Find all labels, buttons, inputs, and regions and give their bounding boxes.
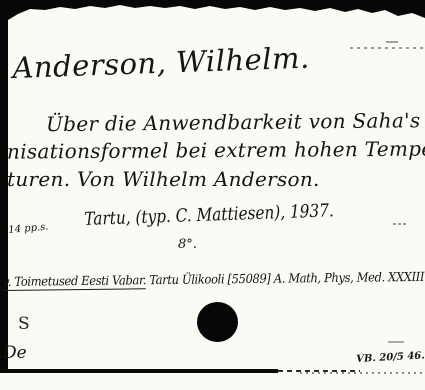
date-annotation: VB. 20/5 46.	[356, 351, 425, 365]
title-line-1: Über die Anwendbarkeit von Saha's Io-	[46, 110, 425, 134]
scan-artifact-dash	[386, 41, 398, 43]
corner-scribble: De	[3, 345, 27, 362]
scan-artifact-dotted-line	[350, 47, 425, 49]
scanned-catalog-card: Anderson, Wilhelm. Über die Anwendbarkei…	[0, 0, 425, 390]
series-reference-underlined: v. Toimetused Eesti Vabar.	[3, 272, 146, 291]
title-line-3: turen. Von Wilhelm Anderson.	[7, 169, 320, 189]
scan-artifact-dash	[388, 341, 404, 343]
series-reference-line: v. Toimetused Eesti Vabar. Tartu Ülikool…	[3, 271, 425, 289]
author-heading: Anderson, Wilhelm.	[12, 44, 310, 83]
scan-artifact-dash	[393, 223, 407, 225]
card-bottom-edge-dots	[300, 372, 425, 374]
series-reference-rest: Tartu Ülikooli [55089] A. Math, Phys, Me…	[146, 269, 425, 288]
format-note: 8°.	[178, 238, 197, 251]
title-line-2: nisationsformel bei extrem hohen Tempera…	[7, 138, 425, 161]
punch-hole	[197, 302, 238, 342]
torn-top-edge	[0, 0, 425, 30]
pagination-margin-note: 14 pp.s.	[8, 222, 49, 235]
card-bottom-edge	[0, 369, 278, 373]
series-letter: S	[18, 316, 30, 333]
imprint-line: Tartu, (typ. C. Mattiesen), 1937.	[84, 202, 334, 229]
